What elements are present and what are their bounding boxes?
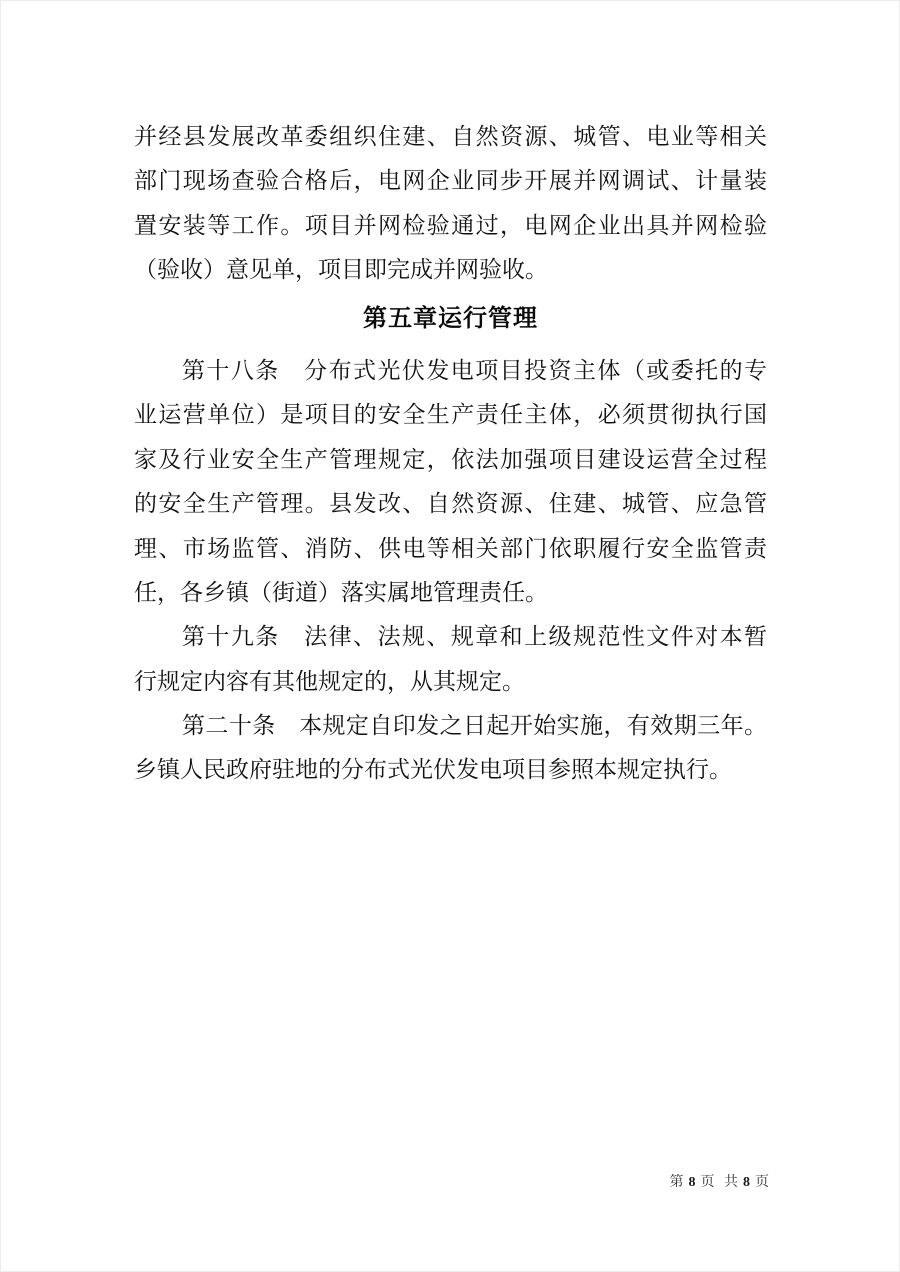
- paragraph-line: 乡镇人民政府驻地的分布式光伏发电项目参照本规定执行。: [134, 748, 767, 792]
- paragraph-line: （验收）意见单，项目即完成并网验收。: [134, 248, 767, 292]
- footer-current-page: 8: [689, 1175, 699, 1190]
- paragraph-line: 理、市场监管、消防、供电等相关部门依职履行安全监管责: [134, 527, 767, 571]
- paragraph-line: 并经县发展改革委组织住建、自然资源、城管、电业等相关: [134, 115, 767, 159]
- page-number-footer: 第8页 共8页: [670, 1173, 773, 1193]
- paragraph-line: 行规定内容有其他规定的，从其规定。: [134, 660, 767, 704]
- paragraph: 第二十条 本规定自印发之日起开始实施，有效期三年。乡镇人民政府驻地的分布式光伏发…: [134, 704, 767, 793]
- paragraph-line: 业运营单位）是项目的安全生产责任主体，必须贯彻执行国: [134, 393, 767, 437]
- paragraph-line: 任，各乡镇（街道）落实属地管理责任。: [134, 571, 767, 615]
- section-heading: 第五章运行管理: [134, 297, 767, 341]
- footer-label-middle: 页 共: [701, 1175, 742, 1190]
- paragraph-line: 置安装等工作。项目并网检验通过，电网企业出具并网检验: [134, 204, 767, 248]
- footer-label-prefix: 第: [670, 1175, 687, 1190]
- footer-label-suffix: 页: [755, 1175, 772, 1190]
- paragraph: 第十八条 分布式光伏发电项目投资主体（或委托的专业运营单位）是项目的安全生产责任…: [134, 349, 767, 615]
- paragraph-line: 的安全生产管理。县发改、自然资源、住建、城管、应急管: [134, 482, 767, 526]
- document-body: 并经县发展改革委组织住建、自然资源、城管、电业等相关部门现场查验合格后，电网企业…: [134, 115, 767, 793]
- paragraph-line: 部门现场查验合格后，电网企业同步开展并网调试、计量装: [134, 159, 767, 203]
- paragraph-line: 第十八条 分布式光伏发电项目投资主体（或委托的专: [134, 349, 767, 393]
- paragraph: 并经县发展改革委组织住建、自然资源、城管、电业等相关部门现场查验合格后，电网企业…: [134, 115, 767, 293]
- footer-total-pages: 8: [743, 1175, 753, 1190]
- paragraph-line: 第二十条 本规定自印发之日起开始实施，有效期三年。: [134, 704, 767, 748]
- document-page: 并经县发展改革委组织住建、自然资源、城管、电业等相关部门现场查验合格后，电网企业…: [0, 0, 900, 1272]
- paragraph-line: 家及行业安全生产管理规定，依法加强项目建设运营全过程: [134, 438, 767, 482]
- paragraph-line: 第十九条 法律、法规、规章和上级规范性文件对本暂: [134, 615, 767, 659]
- paragraph: 第十九条 法律、法规、规章和上级规范性文件对本暂行规定内容有其他规定的，从其规定…: [134, 615, 767, 704]
